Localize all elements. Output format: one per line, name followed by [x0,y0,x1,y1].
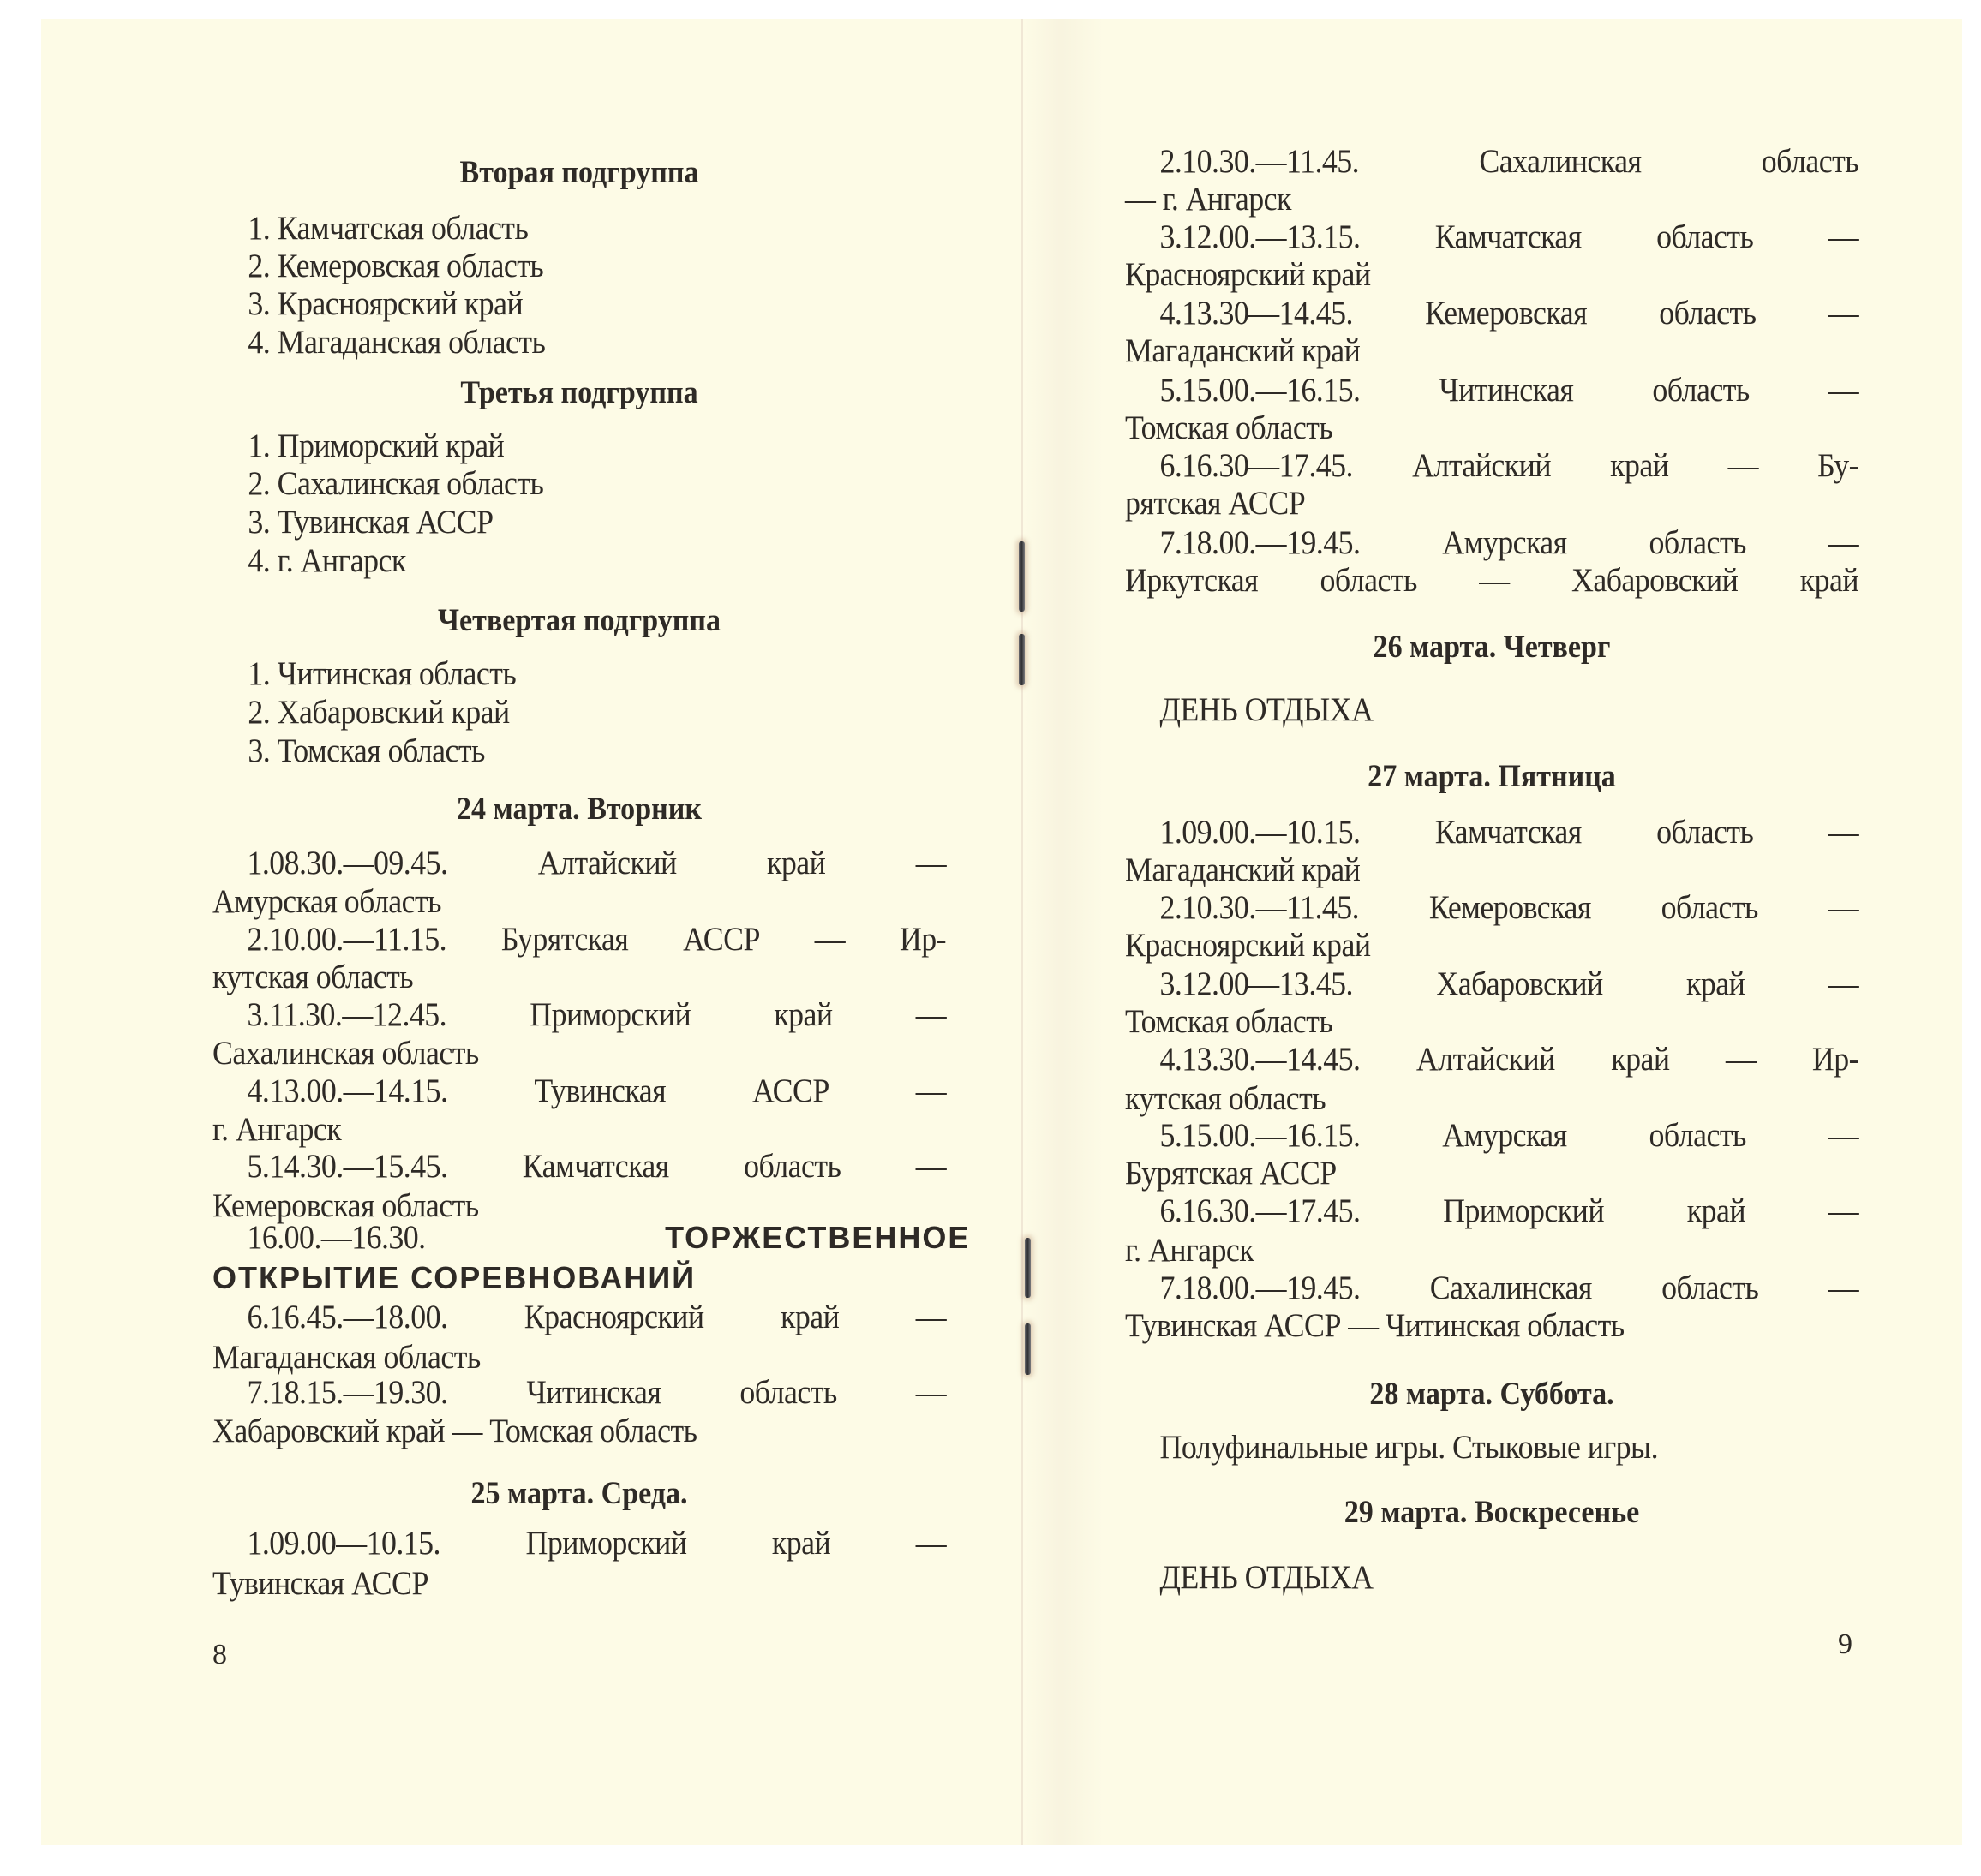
schedule-line: 1.08.30.—09.45. Алтайский край — [212,845,946,882]
schedule-line: 3.11.30.—12.45. Приморский край — [212,996,946,1034]
schedule-continuation: Амурская область [212,883,946,921]
schedule-line: 7.18.00.—19.45. Амурская область — [1125,524,1858,562]
list-item: 4. г. Ангарск [212,542,946,580]
schedule-line: 4.13.30.—14.45. Алтайский край — Ир- [1125,1041,1858,1078]
list-item: 4. Магаданская область [212,324,946,361]
list-item: 2. Кемеровская область [212,248,946,285]
schedule-continuation: Бурятская АССР [1125,1155,1858,1192]
schedule-line: 5.14.30.—15.45. Камчатская область — [212,1148,946,1186]
schedule-line: 3.12.00—13.45. Хабаровский край — [1125,965,1858,1003]
section-heading: Третья подгруппа [242,374,917,412]
schedule-line: 7.18.00.—19.45. Сахалинская область — [1125,1270,1858,1307]
schedule-line: 6.16.30.—17.45. Приморский край — [1125,1192,1858,1230]
note-line: Полуфинальные игры. Стыковые игры. [1125,1429,1858,1467]
schedule-line: 1.09.00.—10.15. Камчатская область — [1125,814,1858,851]
schedule-line: 7.18.15.—19.30. Читинская область — [212,1374,946,1412]
schedule-line: 2.10.00.—11.15. Бурятская АССР — Ир- [212,921,946,959]
ceremony-title: ОТКРЫТИЕ СОРЕВНОВАНИЙ [212,1259,946,1297]
staple-icon [1025,1238,1031,1298]
section-heading: Четвертая подгруппа [242,602,917,640]
schedule-continuation: кутская область [212,959,946,996]
page-8: Вторая подгруппа1. Камчатская область2. … [212,0,946,1876]
list-item: 2. Сахалинская область [212,465,946,503]
schedule-line: 4.13.00.—14.15. Тувинская АССР — [212,1072,946,1110]
list-item: 1. Приморский край [212,427,946,465]
note-line: ДЕНЬ ОТДЫХА [1125,1559,1858,1597]
schedule-line: 2.10.30.—11.45. Сахалинская область [1125,143,1858,181]
section-heading: Вторая подгруппа [242,154,917,192]
schedule-line: 6.16.45.—18.00. Красноярский край — [212,1299,946,1336]
staple-icon [1025,1323,1031,1375]
list-item: 2. Хабаровский край [212,694,946,732]
schedule-continuation: Томская область [1125,1003,1858,1041]
schedule-continuation: — г. Ангарск [1125,181,1858,218]
staple-icon [1019,634,1025,685]
page-number-left: 8 [212,1638,227,1672]
schedule-line: 2.10.30.—11.45. Кемеровская область — [1125,889,1858,927]
list-item: 3. Красноярский край [212,285,946,323]
schedule-line: 1.09.00—10.15. Приморский край — [212,1525,946,1562]
page-number-right: 9 [1838,1628,1852,1662]
schedule-continuation: г. Ангарск [212,1111,946,1149]
schedule-continuation: Магаданская область [212,1339,946,1377]
section-heading: 26 марта. Четверг [1154,629,1829,666]
schedule-continuation: Магаданский край [1125,851,1858,889]
schedule-continuation: Красноярский край [1125,256,1858,294]
section-heading: 29 марта. Воскресенье [1154,1494,1829,1532]
schedule-continuation: Тувинская АССР [212,1565,946,1603]
list-item: 1. Камчатская область [212,210,946,248]
center-fold [1021,19,1023,1845]
schedule-continuation: Иркутская область — Хабаровский край [1125,562,1858,600]
schedule-line: 3.12.00.—13.15. Камчатская область — [1125,218,1858,256]
section-heading: 24 марта. Вторник [242,791,917,828]
schedule-line: 5.15.00.—16.15. Читинская область — [1125,372,1858,409]
schedule-continuation: кутская область [1125,1080,1858,1118]
ceremony-title-start: ТОРЖЕСТВЕННОЕ [665,1219,970,1257]
list-item: 3. Томская область [212,732,946,770]
ceremony-time: 16.00.—16.30. [247,1219,425,1256]
schedule-line: 4.13.30—14.45. Кемеровская область — [1125,295,1858,332]
page-9: 2.10.30.—11.45. Сахалинская область— г. … [1125,0,1858,1876]
list-item: 1. Читинская область [212,655,946,693]
schedule-line: 5.15.00.—16.15. Амурская область — [1125,1117,1858,1155]
schedule-continuation: рятская АССР [1125,485,1858,523]
schedule-continuation: Сахалинская область [212,1035,946,1072]
section-heading: 25 марта. Среда. [242,1475,917,1513]
ceremony-line: 16.00.—16.30. ТОРЖЕСТВЕННОЕ [212,1219,946,1257]
section-heading: 28 марта. Суббота. [1154,1376,1829,1413]
schedule-continuation: Хабаровский край — Томская область [212,1413,946,1450]
schedule-continuation: Красноярский край [1125,927,1858,965]
schedule-continuation: г. Ангарск [1125,1232,1858,1270]
note-line: ДЕНЬ ОТДЫХА [1125,691,1858,729]
section-heading: 27 марта. Пятница [1154,758,1829,796]
list-item: 3. Тувинская АССР [212,504,946,541]
schedule-continuation: Томская область [1125,409,1858,447]
schedule-continuation: Магаданский край [1125,332,1858,370]
schedule-line: 6.16.30—17.45. Алтайский край — Бу- [1125,447,1858,485]
schedule-continuation: Тувинская АССР — Читинская область [1125,1307,1858,1345]
staple-icon [1019,541,1025,612]
